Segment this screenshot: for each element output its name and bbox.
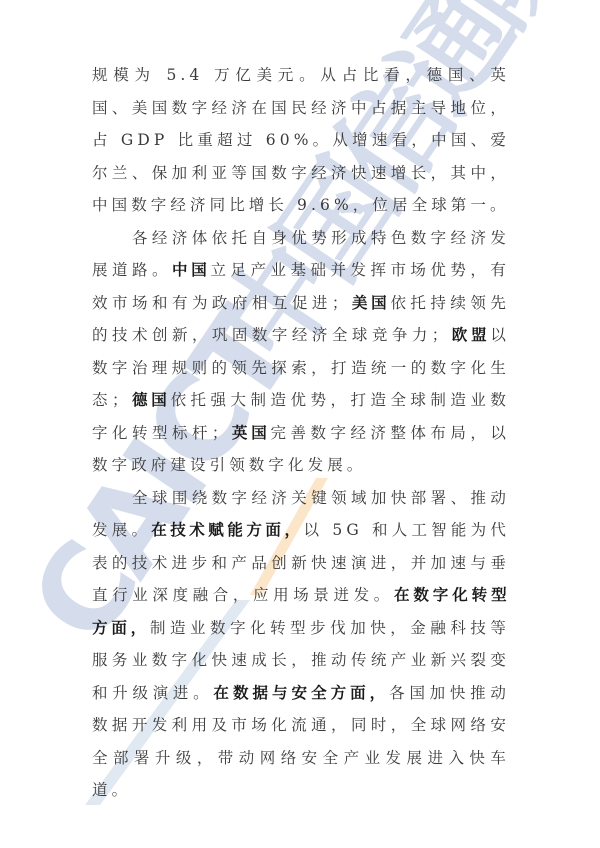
bold-heading-tech-enablement: 在技术赋能方面， [151,521,303,539]
paragraph-key-areas: 全球围绕数字经济关键领域加快部署、推动发展。在技术赋能方面，以 5G 和人工智能… [92,482,510,807]
bold-heading-data-security: 在数据与安全方面， [213,684,389,702]
paragraph-scale-overview: 规模为 5.4 万亿美元。从占比看，德国、英国、美国数字经济在国民经济中占据主导… [92,59,510,222]
document-body: 规模为 5.4 万亿美元。从占比看，德国、英国、美国数字经济在国民经济中占据主导… [92,59,510,807]
bold-keyword-uk: 英国 [232,424,271,442]
bold-keyword-usa: 美国 [351,294,390,312]
bold-keyword-germany: 德国 [132,391,171,409]
paragraph-development-paths: 各经济体依托自身优势形成特色数字经济发展道路。中国立足产业基础并发挥市场优势，有… [92,222,510,482]
text-run: 规模为 5.4 万亿美元。从占比看，德国、英国、美国数字经济在国民经济中占据主导… [92,66,510,214]
bold-keyword-china: 中国 [172,261,211,279]
bold-keyword-eu: 欧盟 [451,326,490,344]
